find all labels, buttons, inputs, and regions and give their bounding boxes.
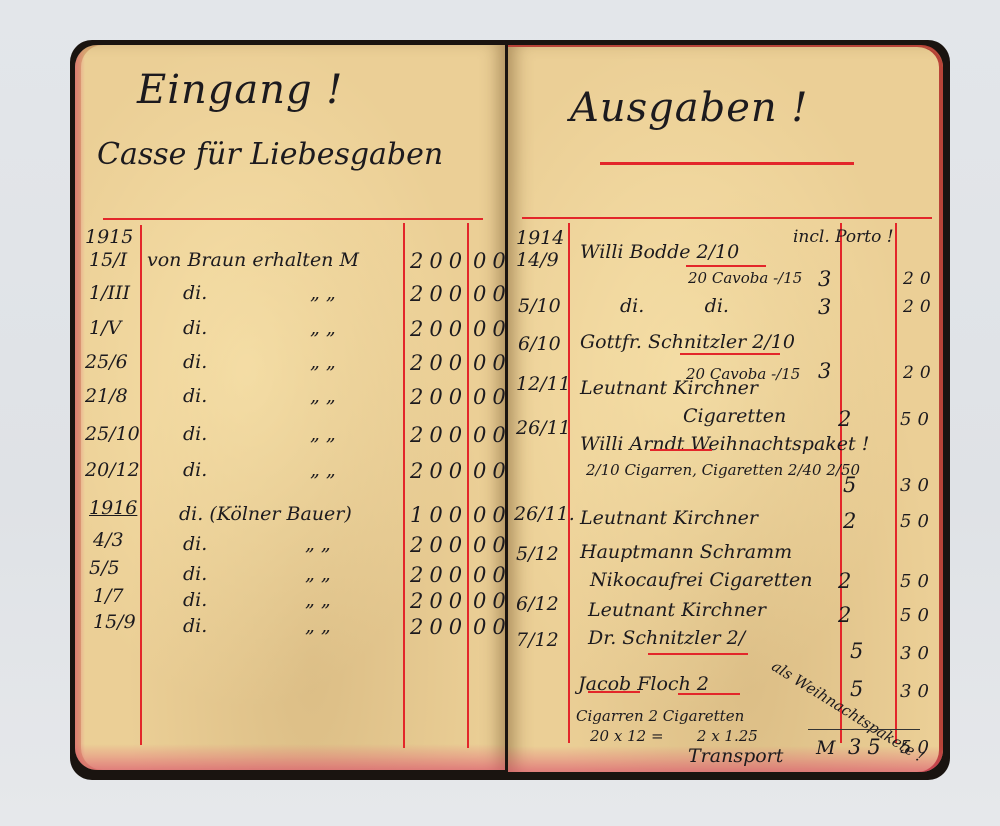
entry-amount: 5 xyxy=(850,677,869,701)
entry-amount: 2 xyxy=(838,569,857,593)
right-page: Ausgaben ! incl. Porto ! 1914 14/9 Willi… xyxy=(508,45,943,772)
entry-cents: 00 xyxy=(473,533,505,557)
entry-description: di. xyxy=(183,459,207,481)
entry-cents: 50 xyxy=(900,409,935,430)
entry-description: di. (Kölner Bauer) xyxy=(179,503,352,525)
entry-amount: 200 xyxy=(410,385,468,409)
entry-amount: 3 xyxy=(818,267,837,291)
entry-amount: 200 xyxy=(410,317,468,341)
entry-date: 7/12 xyxy=(516,629,559,651)
entry-date: 4/3 xyxy=(93,529,124,551)
entry-amount: 100 xyxy=(410,503,468,527)
entry-amount: 3 xyxy=(818,295,837,319)
ditto-marks: „ „ xyxy=(310,423,336,445)
entry-description: Leutnant Kirchner xyxy=(580,507,758,529)
ditto-marks: „ „ xyxy=(310,385,336,407)
entry-date: 1914 xyxy=(516,227,564,249)
entry-description: di. xyxy=(183,533,207,555)
ditto-marks: „ „ xyxy=(305,615,331,637)
entry-date: 1/V xyxy=(89,317,121,339)
entry-cents: 00 xyxy=(473,615,505,639)
entry-cents: 30 xyxy=(900,475,935,496)
footer-transport-label: Transport xyxy=(688,745,783,767)
amount-column-rule xyxy=(840,223,842,743)
footer-currency: M xyxy=(816,737,835,759)
entry-amount: 200 xyxy=(410,589,468,613)
name-underline xyxy=(650,449,712,451)
ditto-marks: „ „ xyxy=(310,459,336,481)
entry-cents: 20 xyxy=(903,363,937,383)
right-page-title: Ausgaben ! xyxy=(570,85,808,131)
total-rule xyxy=(808,729,920,730)
ditto-marks: „ „ xyxy=(305,533,331,555)
page-edge-stain xyxy=(75,744,505,770)
name-underline xyxy=(680,353,780,355)
entry-cents: 00 xyxy=(473,317,505,341)
cents-column-rule xyxy=(895,223,897,743)
entry-amount: 200 xyxy=(410,249,468,273)
entry-amount: 200 xyxy=(410,459,468,483)
left-page-title: Eingang ! xyxy=(137,67,343,113)
entry-cents: 00 xyxy=(473,385,505,409)
entry-description: di. xyxy=(183,615,207,637)
entry-date: 5/5 xyxy=(89,557,120,579)
entry-date: 20/12 xyxy=(85,459,140,481)
entry-description: di. xyxy=(183,282,207,304)
page-edge-stain xyxy=(75,45,85,770)
entry-cents: 30 xyxy=(900,643,935,664)
entry-description: von Braun erhalten M xyxy=(147,249,359,271)
entry-cents: 20 xyxy=(903,269,937,289)
entry-date: 6/12 xyxy=(516,593,559,615)
entry-amount: 200 xyxy=(410,423,468,447)
entry-date: 1/7 xyxy=(93,585,124,607)
entry-date: 15/9 xyxy=(93,611,136,633)
entry-description: Hauptmann Schramm xyxy=(580,541,792,563)
entry-amount: 2 xyxy=(843,509,862,533)
footer-total-amount: 35 xyxy=(848,735,887,759)
ditto-marks: „ „ xyxy=(310,351,336,373)
entry-description: Dr. Schnitzler 2/ xyxy=(588,627,745,649)
entry-description: di. xyxy=(183,563,207,585)
entry-date: 1/III xyxy=(89,282,130,304)
name-underline xyxy=(686,265,766,267)
entry-cents: 00 xyxy=(473,282,505,306)
name-underline xyxy=(678,693,740,695)
entry-description: Willi Arndt Weihnachtspaket ! xyxy=(580,433,869,455)
entry-amount: 3 xyxy=(818,359,837,383)
entry-description: Leutnant Kirchner xyxy=(580,377,758,399)
entry-detail: Nikocaufrei Cigaretten xyxy=(590,569,813,591)
entry-cents: 00 xyxy=(473,589,505,613)
entry-cents: 00 xyxy=(473,423,505,447)
entry-date: 1916 xyxy=(89,497,137,519)
ditto-marks: „ „ xyxy=(305,589,331,611)
entry-description: di. xyxy=(183,351,207,373)
entry-date: 26/11. xyxy=(514,503,575,525)
entry-cents: 20 xyxy=(903,297,937,317)
entry-date: 25/6 xyxy=(85,351,128,373)
entry-amount: 5 xyxy=(850,639,869,663)
entry-cents: 00 xyxy=(473,459,505,483)
entry-date: 15/I xyxy=(89,249,127,271)
footer-note: Cigarren 2 Cigaretten xyxy=(576,707,744,725)
entry-date: 12/11 xyxy=(516,373,571,395)
entry-cents: 00 xyxy=(473,351,505,375)
entry-date: 5/10 xyxy=(518,295,561,317)
entry-date: 14/9 xyxy=(516,249,559,271)
entry-amount: 200 xyxy=(410,351,468,375)
entry-amount: 200 xyxy=(410,282,468,306)
entry-description: di. di. xyxy=(620,295,729,317)
entry-cents: 00 xyxy=(473,503,505,527)
ditto-marks: „ „ xyxy=(310,317,336,339)
entry-detail: Cigaretten xyxy=(683,405,786,427)
date-column-rule xyxy=(568,223,570,743)
entry-date: 21/8 xyxy=(85,385,128,407)
footer-total-cents: 50 xyxy=(900,737,935,758)
entry-description: di. xyxy=(183,589,207,611)
date-column-rule xyxy=(140,225,142,745)
entry-cents: 50 xyxy=(900,571,935,592)
entry-cents: 30 xyxy=(900,681,935,702)
entry-detail: 20 Cavoba -/15 xyxy=(688,269,802,287)
entry-amount: 200 xyxy=(410,533,468,557)
entry-detail: 2/10 Cigarren, Cigaretten 2/40 2/50 xyxy=(586,461,860,479)
header-note: incl. Porto ! xyxy=(793,227,894,247)
entry-date: 1915 xyxy=(85,226,133,248)
entry-amount: 200 xyxy=(410,615,468,639)
ditto-marks: „ „ xyxy=(305,563,331,585)
name-underline xyxy=(648,653,748,655)
header-rule xyxy=(103,218,483,220)
entry-cents: 00 xyxy=(473,563,505,587)
entry-date: 26/11 xyxy=(516,417,571,439)
name-underline xyxy=(588,691,640,693)
header-rule xyxy=(522,217,932,219)
amount-column-rule xyxy=(403,223,405,748)
entry-date: 5/12 xyxy=(516,543,559,565)
ditto-marks: „ „ xyxy=(310,282,336,304)
entry-description: di. xyxy=(183,317,207,339)
entry-cents: 00 xyxy=(473,249,505,273)
entry-date: 25/10 xyxy=(85,423,140,445)
left-page-subtitle: Casse für Liebesgaben xyxy=(97,137,443,172)
title-underline xyxy=(600,162,854,165)
entry-amount: 2 xyxy=(838,407,857,431)
entry-amount: 2 xyxy=(838,603,857,627)
left-page: Eingang ! Casse für Liebesgaben 1915 15/… xyxy=(75,45,505,770)
entry-amount: 5 xyxy=(843,473,862,497)
entry-description: Leutnant Kirchner xyxy=(588,599,766,621)
entry-amount: 200 xyxy=(410,563,468,587)
entry-description: di. xyxy=(183,385,207,407)
entry-cents: 50 xyxy=(900,511,935,532)
footer-note: 20 x 12 = 2 x 1.25 xyxy=(590,727,758,745)
entry-date: 6/10 xyxy=(518,333,561,355)
entry-description: Willi Bodde 2/10 xyxy=(580,241,739,263)
entry-cents: 50 xyxy=(900,605,935,626)
entry-description: di. xyxy=(183,423,207,445)
entry-description: Gottfr. Schnitzler 2/10 xyxy=(580,331,795,353)
